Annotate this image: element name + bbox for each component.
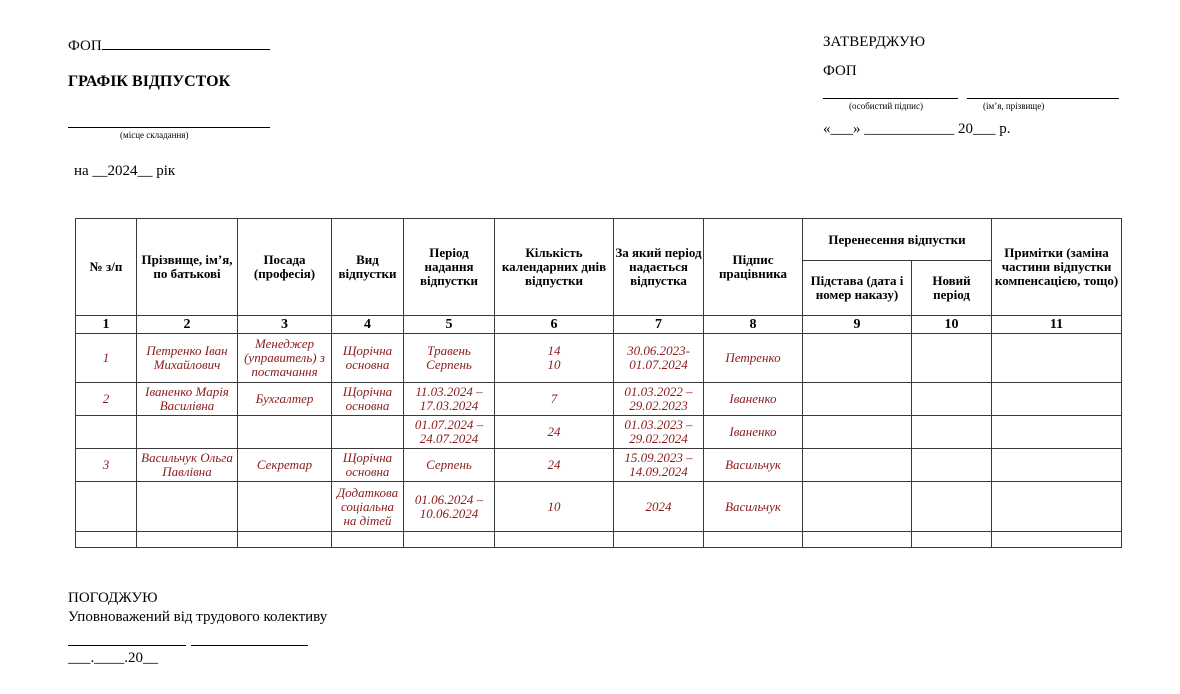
table-row: Додаткова соціальна на дітей01.06.2024 –… (76, 482, 1122, 532)
cell-type (332, 532, 404, 548)
cell-period (404, 532, 495, 548)
cell-for-period: 15.09.2023 – 14.09.2024 (614, 449, 704, 482)
header-period: Період надання відпустки (404, 219, 495, 316)
signature-blank (823, 98, 958, 99)
cell-type: Щорічна основна (332, 383, 404, 416)
cell-type (332, 416, 404, 449)
cell-num: 2 (76, 383, 137, 416)
cell-days: 7 (495, 383, 614, 416)
year-prefix: на __ (74, 163, 107, 179)
cell-num (76, 416, 137, 449)
column-numbers-row: 1 2 3 4 5 6 7 8 9 10 11 (76, 316, 1122, 334)
cell-new-period (912, 532, 992, 548)
cell-basis (803, 334, 912, 383)
cell-for-period: 30.06.2023- 01.07.2024 (614, 334, 704, 383)
approver-fop-label: ФОП (823, 63, 857, 80)
cell-for-period: 2024 (614, 482, 704, 532)
cell-num: 1 (76, 334, 137, 383)
header-type: Вид відпустки (332, 219, 404, 316)
cell-basis (803, 449, 912, 482)
cell-period: Травень Серпень (404, 334, 495, 383)
cell-notes (992, 383, 1122, 416)
column-number: 9 (803, 316, 912, 334)
header-position: Посада (професія) (238, 219, 332, 316)
signature-caption: (особистий підпис) (849, 101, 923, 111)
cell-signature: Петренко (704, 334, 803, 383)
cell-for-period: 01.03.2023 – 29.02.2024 (614, 416, 704, 449)
approval-date-line: «___» ____________ 20___ р. (823, 121, 1011, 138)
year-line: на __2024__ рік (74, 163, 175, 180)
fop-name-blank (102, 35, 270, 50)
table-row (76, 532, 1122, 548)
cell-new-period (912, 416, 992, 449)
fop-line: ФОП (68, 35, 270, 55)
header-for-period: За який період надається відпустка (614, 219, 704, 316)
cell-basis (803, 416, 912, 449)
header-transfer: Перенесення відпустки (803, 219, 992, 261)
vacation-schedule-table: № з/п Прізвище, ім’я, по батькові Посада… (75, 218, 1122, 548)
cell-basis (803, 532, 912, 548)
cell-signature: Васильчук (704, 482, 803, 532)
table-body: 1Петренко Іван МихайловичМенеджер (управ… (76, 334, 1122, 548)
cell-name (137, 416, 238, 449)
cell-days (495, 532, 614, 548)
header-basis: Підстава (дата і номер наказу) (803, 261, 912, 316)
cell-position (238, 482, 332, 532)
cell-num: 3 (76, 449, 137, 482)
column-number: 6 (495, 316, 614, 334)
cell-basis (803, 482, 912, 532)
cell-position (238, 416, 332, 449)
cell-basis (803, 383, 912, 416)
cell-type: Додаткова соціальна на дітей (332, 482, 404, 532)
table-row: 01.07.2024 – 24.07.20242401.03.2023 – 29… (76, 416, 1122, 449)
cell-new-period (912, 482, 992, 532)
representative-name-blank (191, 645, 308, 646)
header-new-period: Новий період (912, 261, 992, 316)
cell-period: 01.07.2024 – 24.07.2024 (404, 416, 495, 449)
column-number: 4 (332, 316, 404, 334)
header-name: Прізвище, ім’я, по батькові (137, 219, 238, 316)
table-row: 1Петренко Іван МихайловичМенеджер (управ… (76, 334, 1122, 383)
table-row: 2Іваненко Марія ВасилівнаБухгалтерЩорічн… (76, 383, 1122, 416)
column-number: 5 (404, 316, 495, 334)
cell-days: 24 (495, 416, 614, 449)
cell-notes (992, 482, 1122, 532)
column-number: 10 (912, 316, 992, 334)
cell-notes (992, 449, 1122, 482)
cell-type: Щорічна основна (332, 449, 404, 482)
column-number: 11 (992, 316, 1122, 334)
cell-days: 10 (495, 482, 614, 532)
cell-new-period (912, 334, 992, 383)
approve-label: ЗАТВЕРДЖУЮ (823, 34, 925, 51)
place-caption: (місце складання) (120, 130, 188, 140)
cell-for-period: 01.03.2022 – 29.02.2023 (614, 383, 704, 416)
column-number: 7 (614, 316, 704, 334)
representative-signature-blank (68, 645, 186, 646)
year-value: 2024 (107, 163, 137, 179)
cell-name (137, 532, 238, 548)
agree-date-line: ___.____.20__ (68, 650, 158, 667)
cell-notes (992, 416, 1122, 449)
cell-new-period (912, 449, 992, 482)
cell-for-period (614, 532, 704, 548)
cell-position: Секретар (238, 449, 332, 482)
column-number: 8 (704, 316, 803, 334)
cell-type: Щорічна основна (332, 334, 404, 383)
cell-position: Менеджер (управитель) з постачання (238, 334, 332, 383)
cell-name (137, 482, 238, 532)
cell-days: 24 (495, 449, 614, 482)
agree-label: ПОГОДЖУЮ (68, 590, 158, 607)
cell-num (76, 482, 137, 532)
representative-label: Уповноважений від трудового колективу (68, 609, 327, 626)
column-number: 3 (238, 316, 332, 334)
cell-signature: Васильчук (704, 449, 803, 482)
name-caption: (ім’я, прізвище) (983, 101, 1044, 111)
cell-notes (992, 334, 1122, 383)
table-row: 3Васильчук Ольга ПавлівнаСекретарЩорічна… (76, 449, 1122, 482)
cell-signature (704, 532, 803, 548)
cell-notes (992, 532, 1122, 548)
cell-period: 11.03.2024 – 17.03.2024 (404, 383, 495, 416)
place-blank (68, 127, 270, 128)
cell-days: 14 10 (495, 334, 614, 383)
cell-period: Серпень (404, 449, 495, 482)
column-number: 2 (137, 316, 238, 334)
cell-name: Іваненко Марія Василівна (137, 383, 238, 416)
header-num: № з/п (76, 219, 137, 316)
header-days: Кількість календарних днів відпустки (495, 219, 614, 316)
name-blank (967, 98, 1119, 99)
fop-label: ФОП (68, 38, 102, 54)
header-signature: Підпис працівника (704, 219, 803, 316)
cell-name: Васильчук Ольга Павлівна (137, 449, 238, 482)
cell-new-period (912, 383, 992, 416)
cell-period: 01.06.2024 – 10.06.2024 (404, 482, 495, 532)
header-notes: Примітки (заміна частини відпустки компе… (992, 219, 1122, 316)
cell-name: Петренко Іван Михайлович (137, 334, 238, 383)
cell-position (238, 532, 332, 548)
year-suffix: __ рік (137, 163, 175, 179)
cell-num (76, 532, 137, 548)
document-title: ГРАФІК ВІДПУСТОК (68, 73, 230, 91)
cell-position: Бухгалтер (238, 383, 332, 416)
column-number: 1 (76, 316, 137, 334)
cell-signature: Іваненко (704, 383, 803, 416)
cell-signature: Іваненко (704, 416, 803, 449)
